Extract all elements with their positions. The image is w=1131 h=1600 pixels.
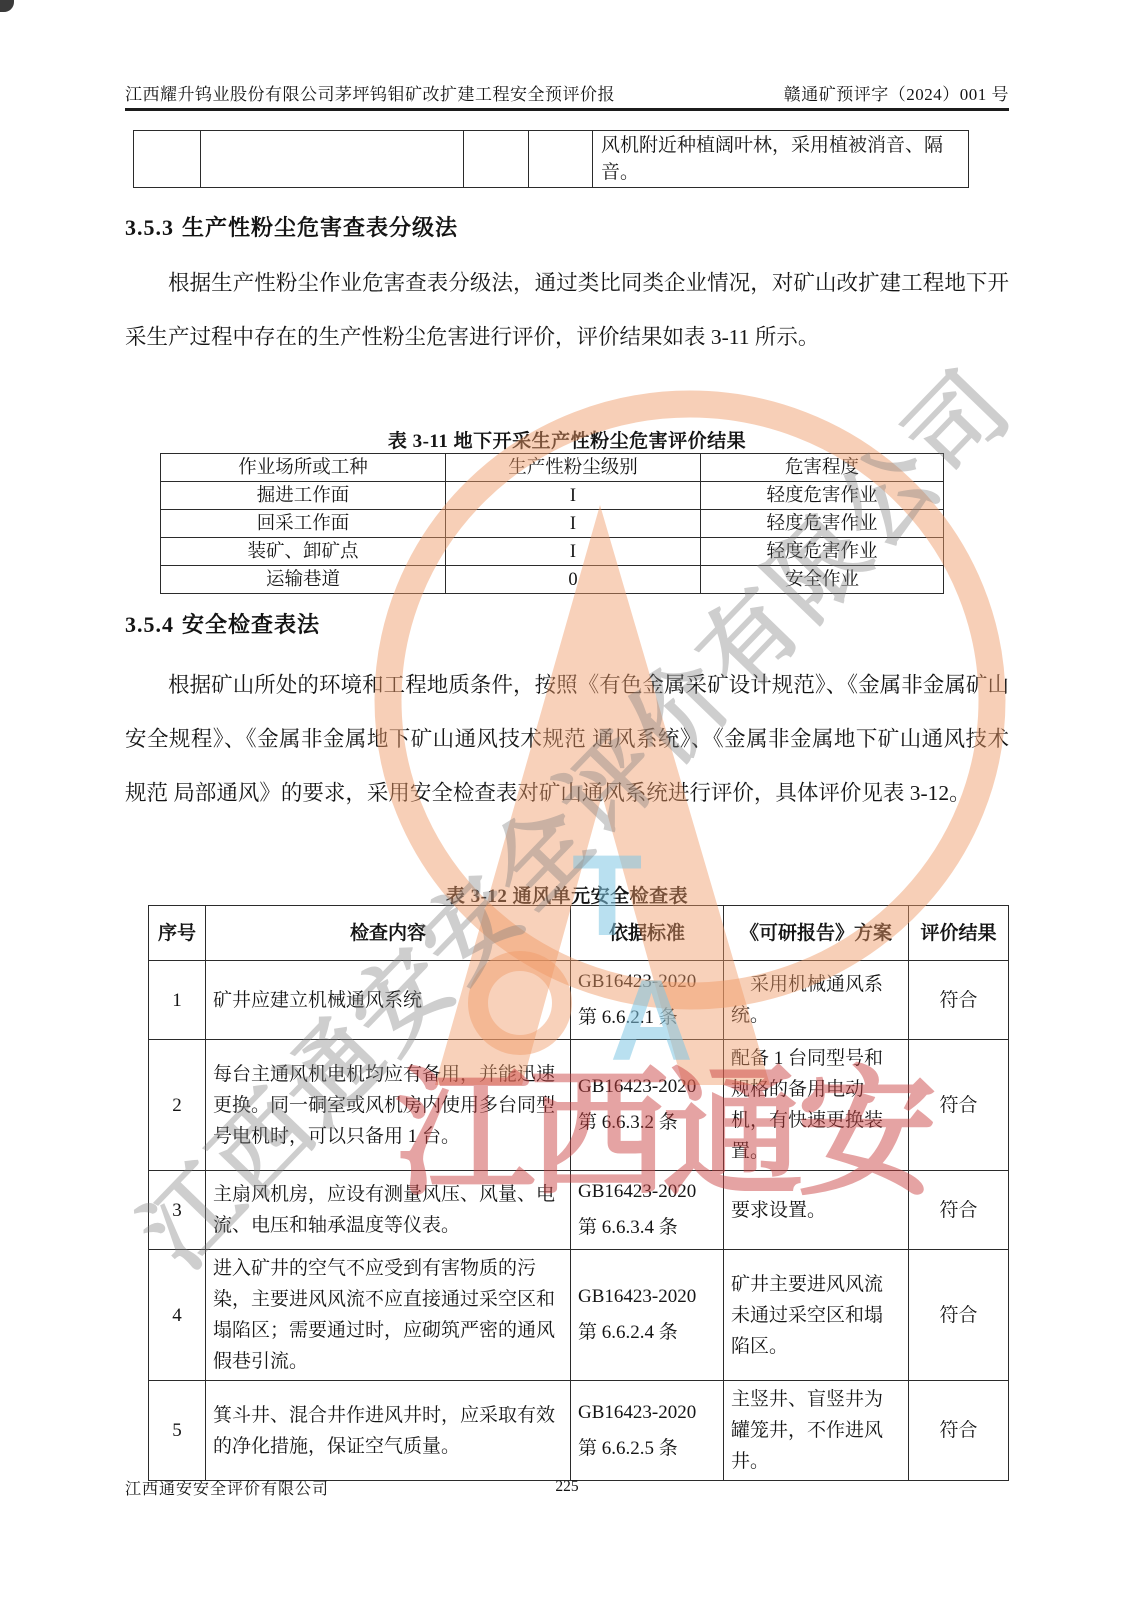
- table-cell: 每台主通风机电机均应有备用，并能迅速更换。同一硐室或风机房内使用多台同型号电机时…: [206, 1040, 571, 1171]
- table-cell: 4: [149, 1250, 206, 1381]
- table-cell: 主竖井、盲竖井为罐笼井，不作进风井。: [724, 1381, 909, 1481]
- table-3-12: 序号 检查内容 依据标准 《可研报告》方案 评价结果 1矿井应建立机械通风系统G…: [148, 905, 1009, 1481]
- table-cell: 装矿、卸矿点: [161, 538, 446, 566]
- column-header: 序号: [149, 906, 206, 961]
- column-header: 《可研报告》方案: [724, 906, 909, 961]
- table-row: 风机附近种植阔叶林，采用植被消音、隔音。: [134, 131, 969, 188]
- table-row: 2每台主通风机电机均应有备用，并能迅速更换。同一硐室或风机房内使用多台同型号电机…: [149, 1040, 1009, 1171]
- table-cell: I: [446, 538, 701, 566]
- carryover-table: 风机附近种植阔叶林，采用植被消音、隔音。: [133, 130, 969, 188]
- table-header-row: 序号 检查内容 依据标准 《可研报告》方案 评价结果: [149, 906, 1009, 961]
- column-header: 评价结果: [909, 906, 1009, 961]
- table-cell: 0: [446, 566, 701, 594]
- table-cell: I: [446, 482, 701, 510]
- table-cell: 主扇风机房，应设有测量风压、风量、电流、电压和轴承温度等仪表。: [206, 1171, 571, 1250]
- table-row: 3主扇风机房，应设有测量风压、风量、电流、电压和轴承温度等仪表。GB16423-…: [149, 1171, 1009, 1250]
- table-cell: GB16423-2020 第 6.6.3.4 条: [571, 1171, 724, 1250]
- table-3-11-title: 表 3-11 地下开采生产性粉尘危害评价结果: [125, 426, 1009, 453]
- section-heading-354: 3.5.4安全检查表法: [125, 608, 320, 639]
- column-header: 依据标准: [571, 906, 724, 961]
- column-header: 危害程度: [701, 454, 944, 482]
- page-header: 江西耀升钨业股份有限公司茅坪钨钼矿改扩建工程安全预评价报 赣通矿预评字（2024…: [125, 80, 1009, 105]
- column-header: 作业场所或工种: [161, 454, 446, 482]
- table-cell: 1: [149, 961, 206, 1040]
- table-row: 回采工作面I轻度危害作业: [161, 510, 944, 538]
- page-number: 225: [125, 1478, 1009, 1496]
- table-cell: 要求设置。: [724, 1171, 909, 1250]
- table-cell: I: [446, 510, 701, 538]
- table-header-row: 作业场所或工种 生产性粉尘级别 危害程度: [161, 454, 944, 482]
- table-row: 运输巷道0安全作业: [161, 566, 944, 594]
- section-number: 3.5.3: [125, 215, 174, 240]
- column-header: 检查内容: [206, 906, 571, 961]
- table-row: 掘进工作面I轻度危害作业: [161, 482, 944, 510]
- section-title: 安全检查表法: [182, 612, 320, 637]
- table-cell: 5: [149, 1381, 206, 1481]
- table-cell: 矿井主要进风风流未通过采空区和塌陷区。: [724, 1250, 909, 1381]
- section-number: 3.5.4: [125, 612, 174, 637]
- table-3-11: 作业场所或工种 生产性粉尘级别 危害程度 掘进工作面I轻度危害作业回采工作面I轻…: [160, 453, 944, 594]
- table-cell: 符合: [909, 1040, 1009, 1171]
- table-cell: 符合: [909, 1381, 1009, 1481]
- table-cell: GB16423-2020 第 6.6.2.1 条: [571, 961, 724, 1040]
- table-cell: 2: [149, 1040, 206, 1171]
- header-rule: [125, 108, 1009, 111]
- table-cell: 采用机械通风系统。: [724, 961, 909, 1040]
- table-cell: 箕斗井、混合井作进风井时，应采取有效的净化措施，保证空气质量。: [206, 1381, 571, 1481]
- table-cell: 掘进工作面: [161, 482, 446, 510]
- table-cell: [201, 131, 464, 188]
- table-cell: 轻度危害作业: [701, 538, 944, 566]
- table-cell: 符合: [909, 961, 1009, 1040]
- table-row: 5箕斗井、混合井作进风井时，应采取有效的净化措施，保证空气质量。GB16423-…: [149, 1381, 1009, 1481]
- table-row: 装矿、卸矿点I轻度危害作业: [161, 538, 944, 566]
- table-cell: 3: [149, 1171, 206, 1250]
- column-header: 生产性粉尘级别: [446, 454, 701, 482]
- table-cell: [134, 131, 201, 188]
- table-cell: 运输巷道: [161, 566, 446, 594]
- table-cell: 配备 1 台同型号和规格的备用电动机，有快速更换装置。: [724, 1040, 909, 1171]
- paragraph-353: 根据生产性粉尘作业危害查表分级法，通过类比同类企业情况，对矿山改扩建工程地下开采…: [125, 256, 1009, 364]
- table-cell: 风机附近种植阔叶林，采用植被消音、隔音。: [593, 131, 969, 188]
- table-cell: 回采工作面: [161, 510, 446, 538]
- header-report-title: 江西耀升钨业股份有限公司茅坪钨钼矿改扩建工程安全预评价报: [125, 80, 615, 105]
- table-cell: GB16423-2020 第 6.6.3.2 条: [571, 1040, 724, 1171]
- table-cell: 进入矿井的空气不应受到有害物质的污染，主要进风风流不应直接通过采空区和塌陷区；需…: [206, 1250, 571, 1381]
- paragraph-354: 根据矿山所处的环境和工程地质条件，按照《有色金属采矿设计规范》、《金属非金属矿山…: [125, 658, 1009, 820]
- table-cell: 轻度危害作业: [701, 510, 944, 538]
- section-heading-353: 3.5.3生产性粉尘危害查表分级法: [125, 211, 458, 242]
- table-cell: 矿井应建立机械通风系统: [206, 961, 571, 1040]
- table-3-12-title: 表 3-12 通风单元安全检查表: [125, 881, 1009, 908]
- header-document-number: 赣通矿预评字（2024）001 号: [784, 80, 1009, 105]
- document-page: 江西耀升钨业股份有限公司茅坪钨钼矿改扩建工程安全预评价报 赣通矿预评字（2024…: [0, 0, 1131, 1600]
- table-cell: 符合: [909, 1250, 1009, 1381]
- table-cell: GB16423-2020 第 6.6.2.4 条: [571, 1250, 724, 1381]
- table-cell: [529, 131, 593, 188]
- section-title: 生产性粉尘危害查表分级法: [182, 215, 458, 240]
- table-cell: [464, 131, 529, 188]
- table-cell: 符合: [909, 1171, 1009, 1250]
- table-row: 1矿井应建立机械通风系统GB16423-2020 第 6.6.2.1 条 采用机…: [149, 961, 1009, 1040]
- table-row: 4进入矿井的空气不应受到有害物质的污染，主要进风风流不应直接通过采空区和塌陷区；…: [149, 1250, 1009, 1381]
- scan-artifact: [0, 0, 14, 12]
- table-cell: GB16423-2020 第 6.6.2.5 条: [571, 1381, 724, 1481]
- table-cell: 轻度危害作业: [701, 482, 944, 510]
- table-cell: 安全作业: [701, 566, 944, 594]
